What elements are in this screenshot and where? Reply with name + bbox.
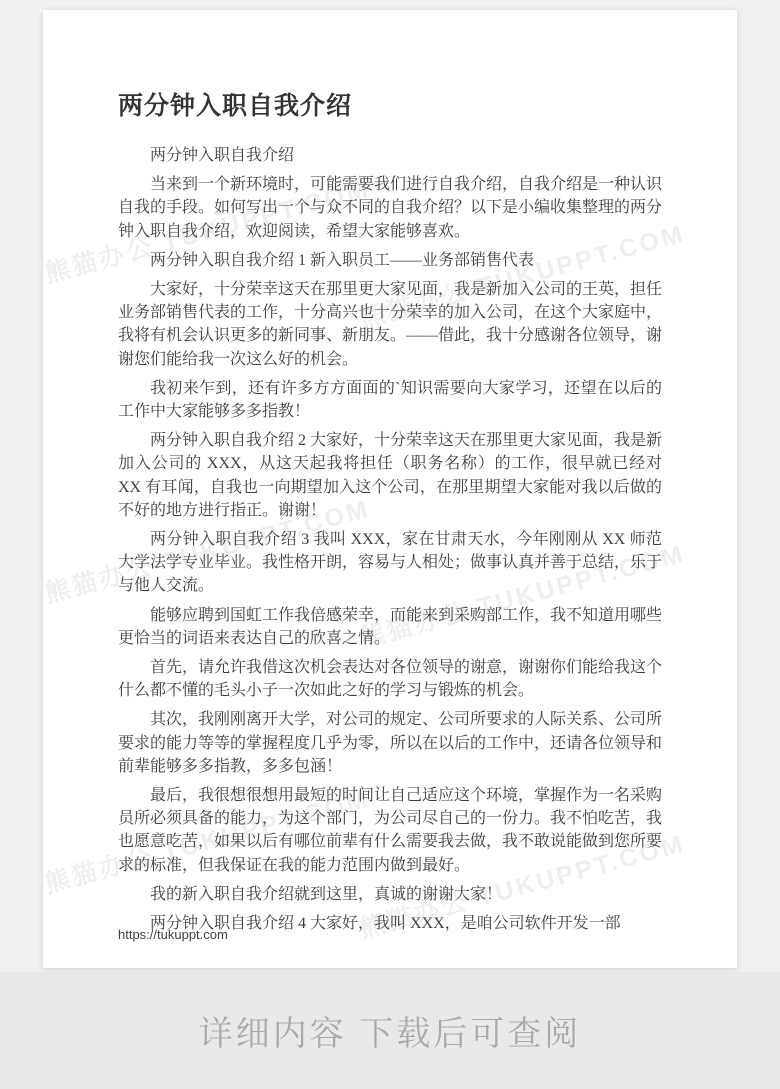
paragraph-repeat-title: 两分钟入职自我介绍 <box>118 144 662 167</box>
paragraph: 其次，我刚刚离开大学，对公司的规定、公司所要求的人际关系、公司所要求的能力等等的… <box>118 708 662 778</box>
paragraph: 我初来乍到，还有许多方方面面的`知识需要向大家学习，还望在以后的工作中大家能够多… <box>118 377 662 423</box>
paragraph-section-3: 两分钟入职自我介绍 3 我叫 XXX，家在甘肃天水，今年刚刚从 XX 师范大学法… <box>118 528 662 598</box>
paragraph: 大家好，十分荣幸这天在那里更大家见面，我是新加入公司的王英，担任业务部销售代表的… <box>118 278 662 371</box>
paragraph: 最后，我很想很想用最短的时间让自己适应这个环境，掌握作为一名采购员所必须具备的能… <box>118 784 662 877</box>
paragraph: 我的新入职自我介绍就到这里，真诚的谢谢大家！ <box>118 883 662 906</box>
document-footer-link[interactable]: https://tukuppt.com <box>118 927 228 942</box>
paragraph: 能够应聘到国虹工作我倍感荣幸，而能来到采购部工作，我不知道用哪些更恰当的词语来表… <box>118 604 662 650</box>
document-title: 两分钟入职自我介绍 <box>118 86 662 122</box>
document-page: 熊猫办公 TUKUPPT.COM 熊猫办公 TUKUPPT.COM 熊猫办公 T… <box>43 10 737 968</box>
paragraph-intro: 当来到一个新环境时，可能需要我们进行自我介绍，自我介绍是一种认识自我的手段。如何… <box>118 173 662 243</box>
paragraph-section-2: 两分钟入职自我介绍 2 大家好，十分荣幸这天在那里更大家见面，我是新加入公司的 … <box>118 429 662 522</box>
preview-canvas: 熊猫办公 TUKUPPT.COM 熊猫办公 TUKUPPT.COM 熊猫办公 T… <box>0 0 780 1089</box>
banner-caption: 详细内容 下载后可查阅 <box>199 1006 581 1055</box>
document-body: 两分钟入职自我介绍 当来到一个新环境时，可能需要我们进行自我介绍，自我介绍是一种… <box>118 144 662 935</box>
paragraph-section-1-heading: 两分钟入职自我介绍 1 新入职员工——业务部销售代表 <box>118 249 662 272</box>
bottom-banner: 详细内容 下载后可查阅 <box>0 972 780 1089</box>
paragraph: 首先，请允许我借这次机会表达对各位领导的谢意，谢谢你们能给我这个什么都不懂的毛头… <box>118 656 662 702</box>
